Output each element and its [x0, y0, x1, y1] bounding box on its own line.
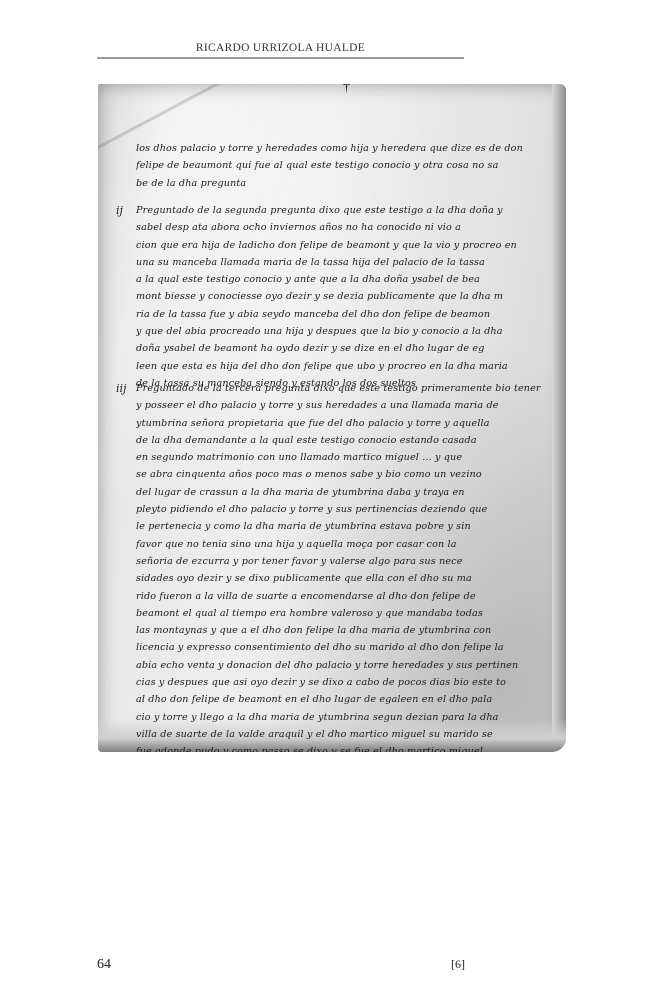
manuscript-line: villa de suarte de la valde araquil y el…: [136, 726, 546, 743]
manuscript-line: pleyto pidiendo el dho palacio y torre y…: [136, 501, 546, 518]
manuscript-line: en segundo matrimonio con uno llamado ma…: [136, 449, 546, 466]
manuscript-line: y que del abia procreado una hija y desp…: [136, 323, 546, 340]
manuscript-line: del lugar de crassun a la dha maria de y…: [136, 484, 546, 501]
manuscript-line: rido fueron a la villa de suarte a encom…: [136, 588, 546, 605]
manuscript-line: ria de la tassa fue y abia seydo manceba…: [136, 306, 546, 323]
manuscript-line: los dhos palacio y torre y heredades com…: [136, 140, 546, 157]
manuscript-line: leen que esta es hija del dho don felipe…: [136, 358, 546, 375]
manuscript-line: Preguntado de la tercera pregunta dixo q…: [136, 380, 546, 397]
manuscript-line: al dho don felipe de beamont en el dho l…: [136, 691, 546, 708]
header-rule: [97, 57, 464, 59]
cross-mark-icon: †: [343, 84, 350, 96]
manuscript-line: a la qual este testigo conocio y ante qu…: [136, 271, 546, 288]
manuscript-line: fue adonde pudo y como passo se dixo y s…: [136, 743, 546, 752]
item-marker: ij: [116, 204, 123, 217]
manuscript-line: be de la dha pregunta: [136, 175, 546, 192]
manuscript-line: favor que no tenia sino una hija y aquel…: [136, 536, 546, 553]
manuscript-line: cion que era hija de ladicho don felipe …: [136, 237, 546, 254]
manuscript-line: sabel desp ata abora ocho inviernos años…: [136, 219, 546, 236]
manuscript-line: beamont el qual al tiempo era hombre val…: [136, 605, 546, 622]
manuscript-line: doña ysabel de beamont ha oydo dezir y s…: [136, 340, 546, 357]
manuscript-block-2: Preguntado de la segunda pregunta dixo q…: [136, 202, 546, 392]
paper-fold-edge: [552, 84, 566, 752]
manuscript-line: Preguntado de la segunda pregunta dixo q…: [136, 202, 546, 219]
running-head: RICARDO URRIZOLA HUALDE: [97, 42, 464, 54]
manuscript-line: ytumbrina señora propietaria que fue del…: [136, 415, 546, 432]
manuscript-block-3: Preguntado de la tercera pregunta dixo q…: [136, 380, 546, 752]
manuscript-line: mont biesse y conociesse oyo dezir y se …: [136, 288, 546, 305]
manuscript-line: y posseer el dho palacio y torre y sus h…: [136, 397, 546, 414]
manuscript-line: se abra cinquenta años poco mas o menos …: [136, 466, 546, 483]
manuscript-image: † los dhos palacio y torre y heredades c…: [98, 84, 566, 752]
manuscript-line: felipe de beaumont qui fue al qual este …: [136, 157, 546, 174]
manuscript-line: abia echo venta y donacion del dho palac…: [136, 657, 546, 674]
manuscript-line: licencia y expresso consentimiento del d…: [136, 639, 546, 656]
manuscript-block-1: los dhos palacio y torre y heredades com…: [136, 140, 546, 192]
manuscript-line: las montaynas y que a el dho don felipe …: [136, 622, 546, 639]
section-mark: [6]: [451, 957, 465, 972]
manuscript-line: cias y despues que asi oyo dezir y se di…: [136, 674, 546, 691]
manuscript-line: de la dha demandante a la qual este test…: [136, 432, 546, 449]
manuscript-line: le pertenecia y como la dha maria de ytu…: [136, 518, 546, 535]
manuscript-line: sidades oyo dezir y se dixo publicamente…: [136, 570, 546, 587]
manuscript-line: una su manceba llamada maria de la tassa…: [136, 254, 546, 271]
manuscript-line: cio y torre y llego a la dha maria de yt…: [136, 709, 546, 726]
manuscript-line: señoria de ezcurra y por tener favor y v…: [136, 553, 546, 570]
page-number: 64: [97, 957, 111, 973]
item-marker: iij: [116, 382, 126, 395]
